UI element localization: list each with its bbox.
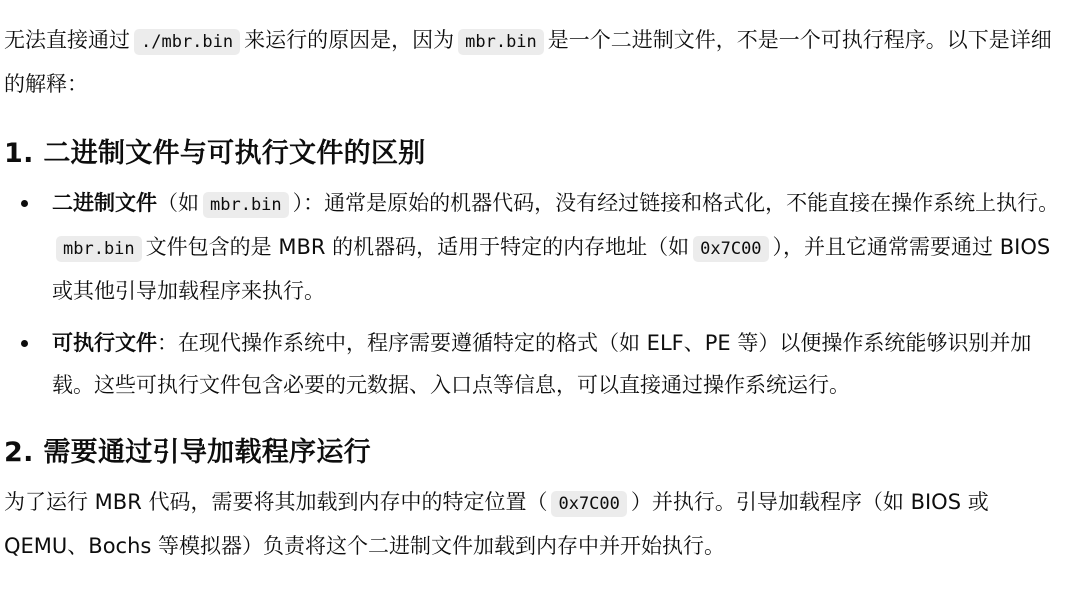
item-text: ）：通常是原始的机器代码，没有经过链接和格式化，不能直接在操作系统上执行。 <box>293 191 1060 215</box>
inline-code: mbr.bin <box>458 29 544 55</box>
section-heading-2: 2. 需要通过引导加载程序运行 <box>4 433 1072 473</box>
bullet-list: 二进制文件（如mbr.bin）：通常是原始的机器代码，没有经过链接和格式化，不能… <box>4 182 1072 406</box>
item-text: （如 <box>157 191 199 215</box>
inline-code: mbr.bin <box>203 192 289 218</box>
list-item: 二进制文件（如mbr.bin）：通常是原始的机器代码，没有经过链接和格式化，不能… <box>52 182 1072 312</box>
inline-code: 0x7C00 <box>551 491 626 517</box>
list-item: 可执行文件：在现代操作系统中，程序需要遵循特定的格式（如 ELF、PE 等）以便… <box>52 322 1072 406</box>
item-text: ：在现代操作系统中，程序需要遵循特定的格式（如 ELF、PE 等）以便操作系统能… <box>52 331 1031 397</box>
item-text: 文件包含的是 MBR 的机器码，适用于特定的内存地址（如 <box>146 235 689 259</box>
para-text: 为了运行 MBR 代码，需要将其加载到内存中的特定位置（ <box>4 490 547 514</box>
inline-code: mbr.bin <box>56 236 142 262</box>
bold-term: 二进制文件 <box>52 191 157 215</box>
intro-text: 无法直接通过 <box>4 28 130 52</box>
section-heading-1: 1. 二进制文件与可执行文件的区别 <box>4 134 1072 174</box>
inline-code: ./mbr.bin <box>134 29 240 55</box>
intro-paragraph: 无法直接通过./mbr.bin来运行的原因是，因为mbr.bin是一个二进制文件… <box>4 0 1072 105</box>
intro-text: 来运行的原因是，因为 <box>244 28 454 52</box>
inline-code: 0x7C00 <box>693 236 768 262</box>
bold-term: 可执行文件 <box>52 331 157 355</box>
section2-paragraph: 为了运行 MBR 代码，需要将其加载到内存中的特定位置（0x7C00）并执行。引… <box>4 481 1072 567</box>
document: 无法直接通过./mbr.bin来运行的原因是，因为mbr.bin是一个二进制文件… <box>0 0 1072 567</box>
